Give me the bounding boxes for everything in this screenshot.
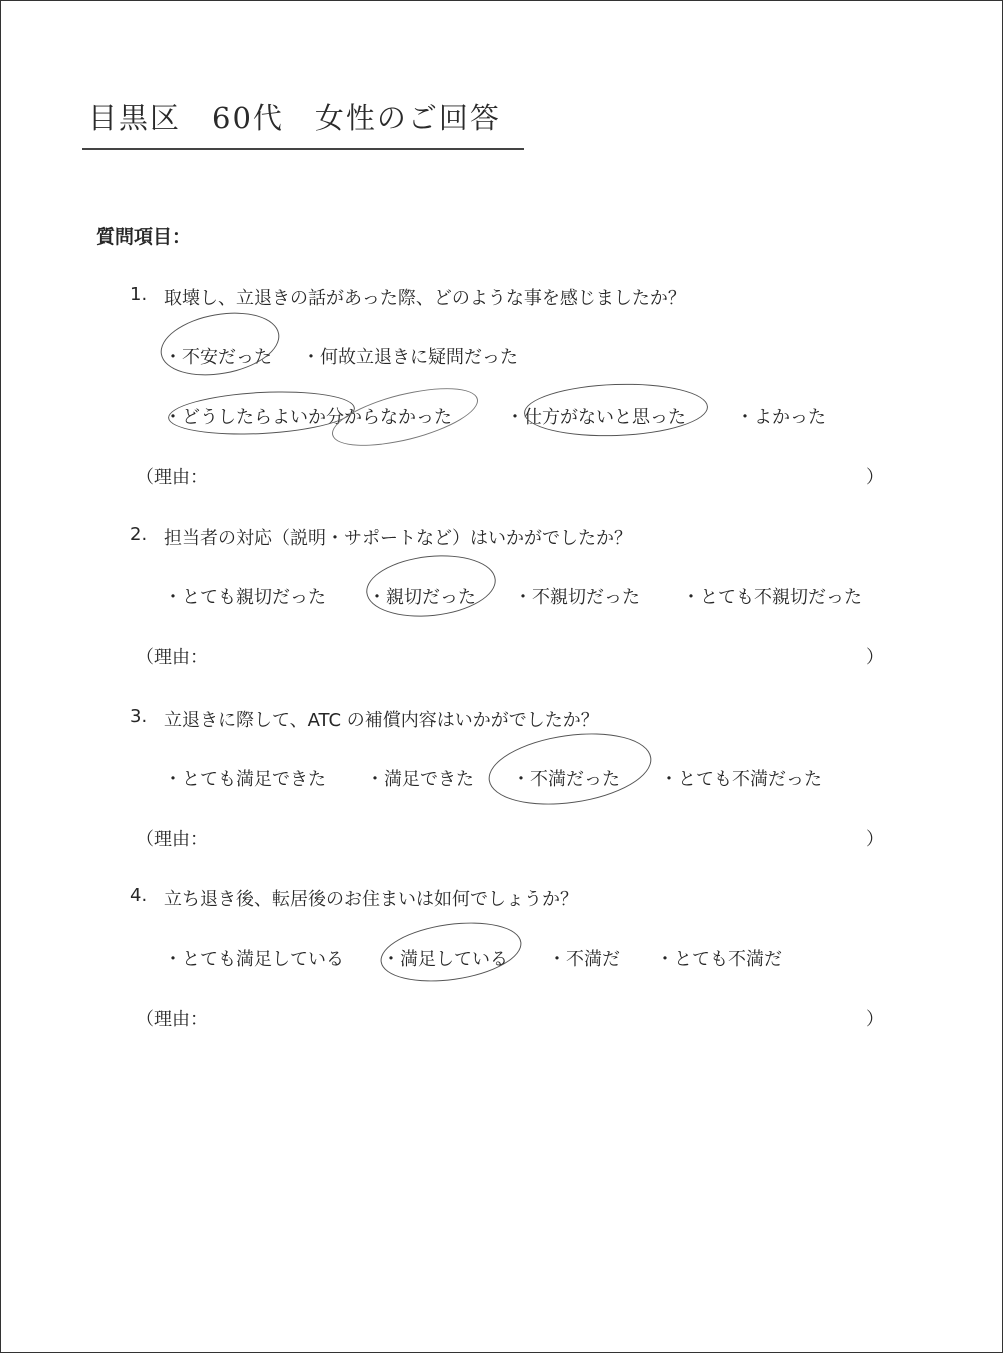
option-dissatisfied[interactable]: ・不満だ: [548, 945, 620, 971]
reason-label: （理由：: [136, 643, 208, 669]
question-text: 立ち退き後、転居後のお住まいは如何でしょうか？: [164, 885, 578, 911]
page-border: [0, 0, 1003, 1353]
question-number: 4.: [130, 885, 147, 906]
option-good[interactable]: ・よかった: [736, 403, 826, 429]
option-anxious[interactable]: ・不安だった: [164, 343, 272, 369]
reason-close: ）: [866, 463, 884, 489]
option-very-satisfied[interactable]: ・とても満足している: [164, 945, 344, 971]
option-satisfied[interactable]: ・満足している: [382, 945, 508, 971]
option-very-dissatisfied[interactable]: ・とても不満だ: [656, 945, 782, 971]
reason-close: ）: [866, 1005, 884, 1031]
option-very-unkind[interactable]: ・とても不親切だった: [682, 583, 862, 609]
reason-label: （理由：: [136, 825, 208, 851]
option-satisfied[interactable]: ・満足できた: [366, 765, 474, 791]
reason-label: （理由：: [136, 463, 208, 489]
option-very-kind[interactable]: ・とても親切だった: [164, 583, 326, 609]
reason-label: （理由：: [136, 1005, 208, 1031]
option-kind[interactable]: ・親切だった: [368, 583, 476, 609]
reason-close: ）: [866, 643, 884, 669]
question-number: 3.: [130, 706, 147, 727]
option-questioned[interactable]: ・何故立退きに疑問だった: [302, 343, 518, 369]
question-text: 立退きに際して、ATC の補償内容はいかがでしたか？: [164, 706, 599, 732]
section-label: 質問項目：: [96, 222, 191, 249]
reason-close: ）: [866, 825, 884, 851]
question-text: 担当者の対応（説明・サポートなど）はいかがでしたか？: [164, 524, 632, 550]
option-very-dissatisfied[interactable]: ・とても不満だった: [660, 765, 822, 791]
option-very-satisfied[interactable]: ・とても満足できた: [164, 765, 326, 791]
page-title: 目黒区 60代 女性のご回答: [88, 96, 501, 137]
option-dissatisfied[interactable]: ・不満だった: [512, 765, 620, 791]
title-underline: [82, 148, 524, 150]
option-no-choice[interactable]: ・仕方がないと思った: [506, 403, 686, 429]
option-didnt-know[interactable]: ・どうしたらよいか分からなかった: [164, 403, 452, 429]
question-text: 取壊し、立退きの話があった際、どのような事を感じましたか？: [164, 284, 686, 310]
question-number: 1.: [130, 284, 147, 305]
question-number: 2.: [130, 524, 147, 545]
option-unkind[interactable]: ・不親切だった: [514, 583, 640, 609]
